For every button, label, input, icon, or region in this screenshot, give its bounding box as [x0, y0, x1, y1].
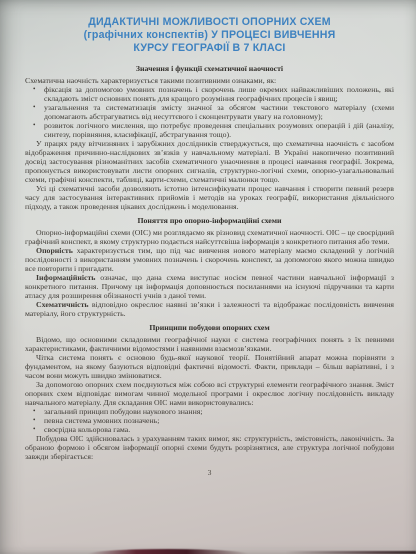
term-text: характеризується тим, що під час вивченн… [25, 246, 394, 273]
term-lead: Схематичність [36, 300, 89, 309]
section-heading-meaning-functions: Значення і функції схематичної наочності [25, 64, 394, 74]
bullet-icon: • [33, 425, 35, 434]
bullet-icon: • [33, 416, 35, 425]
section-heading-ois-concept: Поняття про опорно-інформаційні схеми [25, 216, 394, 226]
article-title: ДИДАКТИЧНІ МОЖЛИВОСТІ ОПОРНИХ СХЕМ (граф… [25, 16, 394, 55]
bullet-list: •загальний принцип побудови наукового зн… [25, 407, 394, 434]
article-title-line: КУРСУ ГЕОГРАФІЇ В 7 КЛАСІ [25, 42, 394, 55]
bullet-icon: • [33, 407, 35, 416]
paragraph: Чітка система понять є основою будь-якої… [25, 353, 394, 380]
bullet-item: •певна система умовних позначень; [25, 416, 394, 425]
term-lead: Інформаційність [36, 273, 95, 282]
bullet-icon: • [33, 103, 35, 112]
paragraph: Схематична наочність характеризується та… [25, 76, 394, 85]
bullet-text: певна система умовних позначень; [44, 416, 159, 425]
bullet-item: •узагальнення та систематизація змісту з… [25, 103, 394, 121]
bullet-item: •розвиток логічного мислення, що потребу… [25, 121, 394, 139]
book-page-photo: ДИДАКТИЧНІ МОЖЛИВОСТІ ОПОРНИХ СХЕМ (граф… [0, 0, 416, 554]
bullet-text: фіксація за допомогою умовних позначень … [44, 85, 394, 103]
paragraph: Відомо, що основними складовими географі… [25, 335, 394, 353]
bullet-item: •загальний принцип побудови наукового зн… [25, 407, 394, 416]
bullet-list: •фіксація за допомогою умовних позначень… [25, 85, 394, 139]
term-lead: Опорність [36, 246, 73, 255]
paragraph: Усі ці схематичні засоби дозволяють істо… [25, 184, 394, 211]
section-heading-construction-principles: Принципи побудови опорних схем [25, 323, 394, 333]
bullet-item: •своєрідна кольорова гама. [25, 425, 394, 434]
bullet-text: загальний принцип побудови наукового зна… [44, 407, 203, 416]
bullet-icon: • [33, 85, 35, 94]
bullet-text: своєрідна кольорова гама. [44, 425, 130, 434]
bullet-text: розвиток логічного мислення, що потребує… [44, 121, 394, 139]
article-title-line: ДИДАКТИЧНІ МОЖЛИВОСТІ ОПОРНИХ СХЕМ [25, 16, 394, 29]
page-number: 3 [25, 468, 394, 477]
paragraph: Побудова ОІС здійснювалась з урахуванням… [25, 434, 394, 461]
term-paragraph: Схематичність відповідно окреслює наявні… [25, 300, 394, 318]
book-edge-shadow [88, 549, 248, 554]
bullet-item: •фіксація за допомогою умовних позначень… [25, 85, 394, 103]
paragraph: У працях ряду вітчизняних і зарубіжних д… [25, 139, 394, 184]
term-paragraph: Інформаційність означає, що дана схема в… [25, 273, 394, 300]
paragraph: За допомогою опорних схем поєднуються мі… [25, 380, 394, 407]
paragraph: Опорно-інформаційні схеми (ОІС) ми розгл… [25, 228, 394, 246]
document-page: ДИДАКТИЧНІ МОЖЛИВОСТІ ОПОРНИХ СХЕМ (граф… [0, 0, 416, 554]
article-title-line: (графічних конспектів) У ПРОЦЕСІ ВИВЧЕНН… [25, 29, 394, 42]
bullet-icon: • [33, 121, 35, 130]
bullet-text: узагальнення та систематизація змісту зн… [44, 103, 394, 121]
term-paragraph: Опорність характеризується тим, що під ч… [25, 246, 394, 273]
